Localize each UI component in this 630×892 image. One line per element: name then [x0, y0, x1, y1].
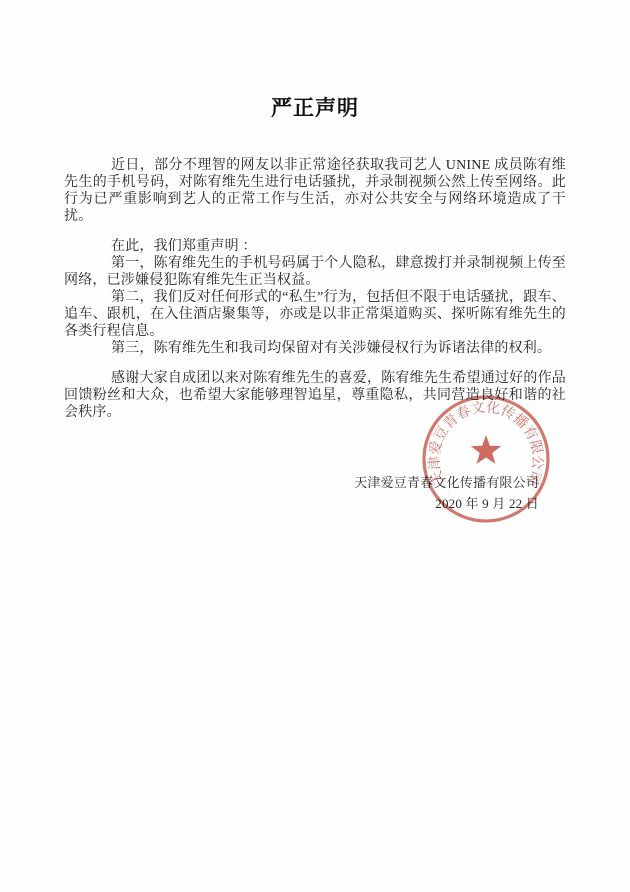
- paragraph-point-three: 第三，陈宥维先生和我司均保留对有关涉嫌侵权行为诉诸法律的权利。: [64, 340, 566, 357]
- paragraph-closing: 感谢大家自成团以来对陈宥维先生的喜爱，陈宥维先生希望通过好的作品回馈粉丝和大众，…: [64, 370, 566, 421]
- document-title: 严正声明: [0, 97, 630, 120]
- signature-date: 2020 年 9 月 22 日: [64, 493, 539, 514]
- statement-page: 严正声明 近日，部分不理智的网友以非正常途径获取我司艺人 UNINE 成员陈宥维…: [0, 0, 630, 892]
- paragraph-point-one: 第一，陈宥维先生的手机号码属于个人隐私，肆意拨打并录制视频上传至网络，已涉嫌侵犯…: [64, 255, 566, 289]
- signature-block: 天津爱豆青春文化传播有限公司 2020 年 9 月 22 日: [64, 472, 566, 514]
- signature-company: 天津爱豆青春文化传播有限公司: [64, 472, 539, 493]
- paragraph-declaration-lead: 在此，我们郑重声明 ：: [64, 238, 566, 255]
- paragraph-intro: 近日，部分不理智的网友以非正常途径获取我司艺人 UNINE 成员陈宥维先生的手机…: [64, 157, 566, 225]
- paragraph-point-two: 第二，我们反对任何形式的“私生”行为，包括但不限于电话骚扰，跟车、追车、跟机，在…: [64, 289, 566, 340]
- document-body: 近日，部分不理智的网友以非正常途径获取我司艺人 UNINE 成员陈宥维先生的手机…: [64, 157, 566, 514]
